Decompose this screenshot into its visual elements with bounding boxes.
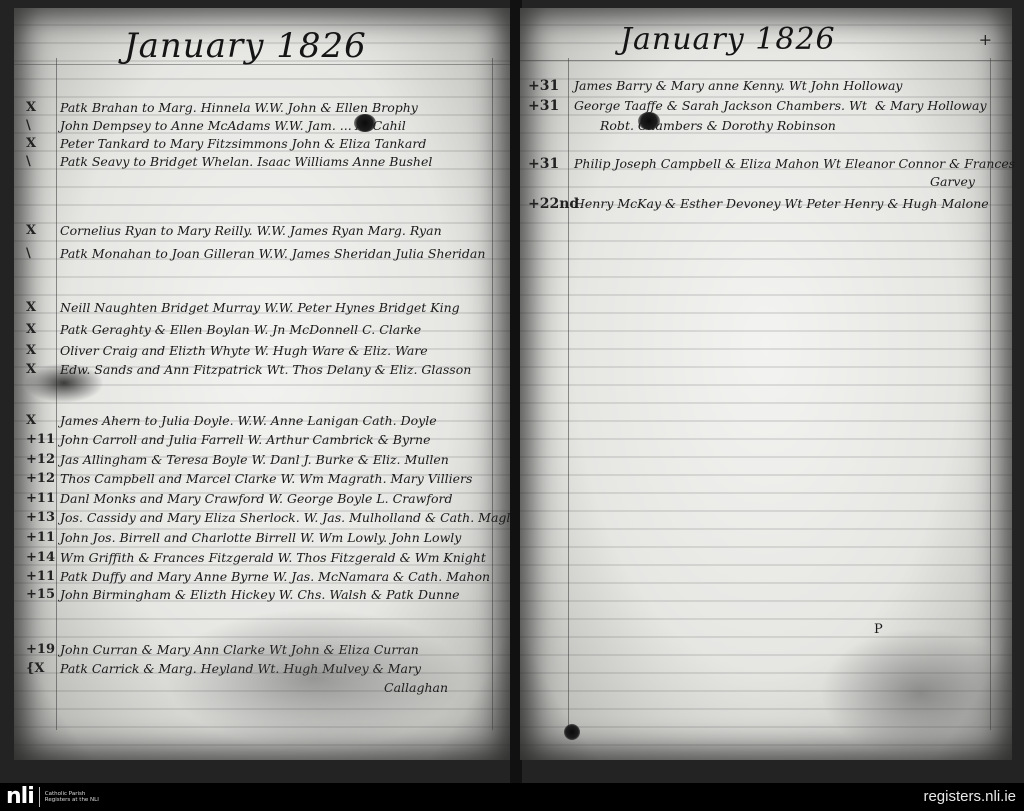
register-entry: +12Thos Campbell and Marcel Clarke W. Wm…	[14, 469, 510, 491]
entry-mark: +31	[528, 78, 568, 94]
entry-mark: +12	[26, 471, 56, 486]
entry-text: James Ahern to Julia Doyle. W.W. Anne La…	[60, 413, 437, 428]
entry-mark: +11	[26, 530, 56, 545]
entry-text: Thos Campbell and Marcel Clarke W. Wm Ma…	[60, 471, 472, 486]
register-entry: XPatk Geraghty & Ellen Boylan W. Jn McDo…	[14, 320, 510, 342]
register-entry: \Patk Seavy to Bridget Whelan. Isaac Wil…	[14, 152, 510, 174]
ink-blot	[564, 724, 580, 740]
entry-mark: +31	[528, 156, 568, 172]
register-entry: XNeill Naughten Bridget Murray W.W. Pete…	[14, 298, 510, 320]
entry-text: James Barry & Mary anne Kenny. Wt John H…	[574, 78, 902, 93]
entry-mark: +13	[26, 510, 56, 525]
entry-mark: +22nd	[528, 196, 568, 212]
entry-text: Peter Tankard to Mary Fitzsimmons John &…	[60, 136, 426, 151]
entry-text: Philip Joseph Campbell & Eliza Mahon Wt …	[574, 156, 1015, 171]
entry-text: Patk Duffy and Mary Anne Byrne W. Jas. M…	[60, 569, 490, 584]
entry-text: Jas Allingham & Teresa Boyle W. Danl J. …	[60, 452, 449, 467]
register-entry: +15John Birmingham & Elizth Hickey W. Ch…	[14, 585, 510, 607]
entry-text: Jos. Cassidy and Mary Eliza Sherlock. W.…	[60, 510, 526, 525]
nli-logo-mark: nli	[6, 786, 34, 808]
register-entry: +13Jos. Cassidy and Mary Eliza Sherlock.…	[14, 508, 510, 530]
entry-mark: X	[26, 343, 56, 358]
entry-text: John Birmingham & Elizth Hickey W. Chs. …	[60, 587, 460, 602]
register-image-viewer[interactable]: January 1826 XPatk Brahan to Marg. Hinne…	[0, 0, 1024, 783]
paper-stain	[820, 628, 1020, 758]
page-heading: January 1826	[620, 22, 836, 57]
entry-text: Patk Brahan to Marg. Hinnela W.W. John &…	[60, 100, 418, 115]
entry-mark: X	[26, 223, 56, 238]
nli-logo-text: Catholic Parish Registers at the NLI	[45, 791, 105, 804]
entry-text: John Jos. Birrell and Charlotte Birrell …	[60, 530, 461, 545]
entry-text: George Taaffe & Sarah Jackson Chambers. …	[574, 98, 867, 113]
entry-continuation: Robt. Chambers & Dorothy Robinson	[600, 118, 836, 133]
register-entry: \Patk Monahan to Joan Gilleran W.W. Jame…	[14, 244, 510, 266]
entry-continuation: Garvey	[930, 174, 975, 189]
register-entry: +11John Carroll and Julia Farrell W. Art…	[14, 430, 510, 452]
logo-divider	[39, 787, 40, 807]
register-entry: +31Philip Joseph Campbell & Eliza Mahon …	[520, 154, 1012, 176]
register-entry: +11John Jos. Birrell and Charlotte Birre…	[14, 528, 510, 550]
entry-mark: +11	[26, 491, 56, 506]
entry-mark: \	[26, 154, 56, 169]
entry-mark: +15	[26, 587, 56, 602]
entry-text: Patk Seavy to Bridget Whelan. Isaac Will…	[60, 154, 432, 169]
page-heading: January 1826	[124, 26, 367, 66]
header-rule	[520, 60, 1012, 61]
entry-text: John Carroll and Julia Farrell W. Arthur…	[60, 432, 430, 447]
entry-text: Wm Griffith & Frances Fitzgerald W. Thos…	[60, 550, 486, 565]
entry-mark: X	[26, 100, 56, 115]
left-register-page: January 1826 XPatk Brahan to Marg. Hinne…	[14, 8, 510, 760]
entry-mark: +31	[528, 98, 568, 114]
entry-mark: X	[26, 136, 56, 151]
ink-blot	[354, 114, 376, 132]
entry-text: Cornelius Ryan to Mary Reilly. W.W. Jame…	[60, 223, 442, 238]
corner-mark: +	[979, 30, 992, 49]
entry-text: Patk Monahan to Joan Gilleran W.W. James…	[60, 246, 485, 261]
ink-blot	[638, 112, 660, 130]
entry-mark: X	[26, 413, 56, 428]
entry-text: Neill Naughten Bridget Murray W.W. Peter…	[60, 300, 460, 315]
entry-mark: +11	[26, 432, 56, 447]
entry-mark: +12	[26, 452, 56, 467]
entry-text: Edw. Sands and Ann Fitzpatrick Wt. Thos …	[60, 362, 471, 377]
site-link[interactable]: registers.nli.ie	[923, 788, 1016, 805]
nli-logo[interactable]: nli Catholic Parish Registers at the NLI	[6, 786, 105, 808]
entry-mark: \	[26, 246, 56, 261]
register-entry: +31James Barry & Mary anne Kenny. Wt Joh…	[520, 76, 1012, 98]
right-register-page: January 1826 + +31James Barry & Mary ann…	[520, 8, 1012, 760]
entry-mark: +14	[26, 550, 56, 565]
paper-stain	[164, 608, 464, 748]
entry-mark: +19	[26, 642, 56, 657]
entry-mark: \	[26, 118, 56, 133]
register-entry: XCornelius Ryan to Mary Reilly. W.W. Jam…	[14, 221, 510, 243]
entry-text: Danl Monks and Mary Crawford W. George B…	[60, 491, 452, 506]
entry-text: Oliver Craig and Elizth Whyte W. Hugh Wa…	[60, 343, 428, 358]
footer-bar: nli Catholic Parish Registers at the NLI…	[0, 783, 1024, 811]
ink-smudge	[24, 363, 104, 403]
register-entry: +31George Taaffe & Sarah Jackson Chamber…	[520, 96, 1012, 118]
entry-mark: X	[26, 300, 56, 315]
entry-text: Henry McKay & Esther Devoney Wt Peter He…	[574, 196, 989, 211]
entry-mark: X	[26, 322, 56, 337]
entry-mark: +11	[26, 569, 56, 584]
entry-mark: {X	[26, 661, 56, 676]
register-entry: +22ndHenry McKay & Esther Devoney Wt Pet…	[520, 194, 1012, 216]
entry-text: Patk Geraghty & Ellen Boylan W. Jn McDon…	[60, 322, 421, 337]
